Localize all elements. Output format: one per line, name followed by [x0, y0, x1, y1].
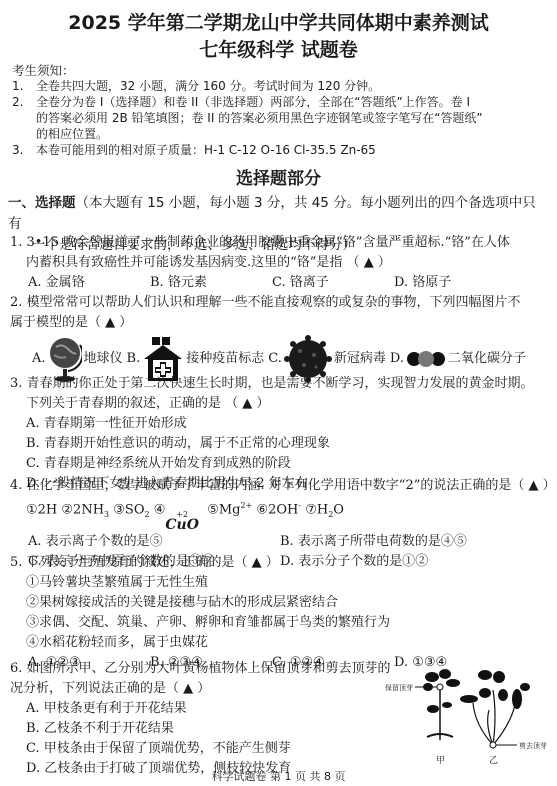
plant-figure: 保留顶芽 剪去顶芽 甲 乙 [385, 665, 555, 765]
page-footer: 科学试题卷 第 1 页 共 8 页 [0, 768, 557, 784]
q5-statement-2: ②果树嫁接成活的关键是接穗与砧木的形成层紧密结合 [10, 593, 550, 613]
q1-option-b: B. 铬元素 [150, 273, 272, 293]
q6-option-b: B. 乙枝条不利于开花结果 [10, 719, 390, 739]
q4-chemical-symbols: ①2H ②2NH3 ③SO2 ④+2CuO ⑤Mg2+ ⑥2OH- ⑦H2O [10, 496, 550, 532]
co2-molecule-icon [406, 349, 446, 369]
q6-option-c: C. 甲枝条由于保留了顶端优势，不能产生侧芽 [10, 739, 390, 759]
q1-option-d: D. 铬原子 [394, 273, 516, 293]
label-keep-apical-bud: 保留顶芽 [385, 683, 413, 693]
notice-item-1: 1.全卷共四大题，32 小题，满分 160 分。考试时间为 120 分钟。 [12, 78, 547, 94]
q4-option-a: A. 表示离子个数的是⑤ [28, 532, 280, 552]
q5-statement-3: ③求偶、交配、筑巢、产卵、孵卵和育雏都属于鸟类的繁殖行为 [10, 613, 550, 633]
q1-option-c: C. 铬离子 [272, 273, 394, 293]
q5-statement-4: ④水稻花粉轻而多，属于虫媒花 [10, 633, 550, 653]
q4-option-b: B. 表示离子所带电荷数的是④⑤ [280, 532, 532, 552]
q1-options: A. 金属铬 B. 铬元素 C. 铬离子 D. 铬原子 [10, 273, 550, 293]
q1-option-a: A. 金属铬 [28, 273, 150, 293]
q3-option-b: B. 青春期开始性意识的萌动，属于不正常的心理现象 [10, 434, 550, 454]
question-2: 2. 模型常常可以帮助人们认识和理解一些不能直接观察的或复杂的事物，下列四幅图片… [10, 293, 550, 385]
label-cut-apical-bud: 剪去顶芽 [519, 741, 547, 751]
notice-item-2: 2.全卷分为卷 I（选择题）和卷 II（非选择题）两部分，全部在“答题纸”上作答… [12, 94, 547, 142]
q5-statement-1: ①马铃薯块茎繁殖属于无性生殖 [10, 573, 550, 593]
exam-subtitle: 七年级科学 试题卷 [0, 35, 557, 62]
exam-title: 2025 学年第二学期龙山中学共同体期中素养测试 [0, 8, 557, 35]
question-6: 6. 如图所示甲、乙分别为大叶黄杨植物体上保留顶芽和剪去顶芽的 况分析，下列说法… [10, 659, 390, 779]
notice-heading: 考生须知： [12, 61, 75, 79]
cuo-formula: +2CuO [165, 510, 199, 532]
section-title: 选择题部分 [0, 164, 557, 189]
caption-yi: 乙 [489, 753, 498, 766]
notice-item-3: 3.本卷可能用到的相对原子质量：H-1 C-12 O-16 Cl-35.5 Zn… [12, 142, 547, 158]
q3-option-c: C. 青春期是神经系统从开始发育到成熟的阶段 [10, 454, 550, 474]
question-5: 5. 下列关于生殖发育的叙述，正确的是（ ▲ ） ①马铃薯块茎繁殖属于无性生殖 … [10, 553, 550, 673]
caption-jia: 甲 [436, 753, 445, 766]
exam-page: 2025 学年第二学期龙山中学共同体期中素养测试 七年级科学 试题卷 考生须知：… [0, 0, 557, 786]
question-1: 1. 3•15 晚会曾报道了一些制药企业的药用胶囊中重金属“铬”含量严重超标.“… [10, 233, 550, 293]
q3-option-a: A. 青春期第一性征开始形成 [10, 414, 550, 434]
q6-option-a: A. 甲枝条更有利于开花结果 [10, 699, 390, 719]
